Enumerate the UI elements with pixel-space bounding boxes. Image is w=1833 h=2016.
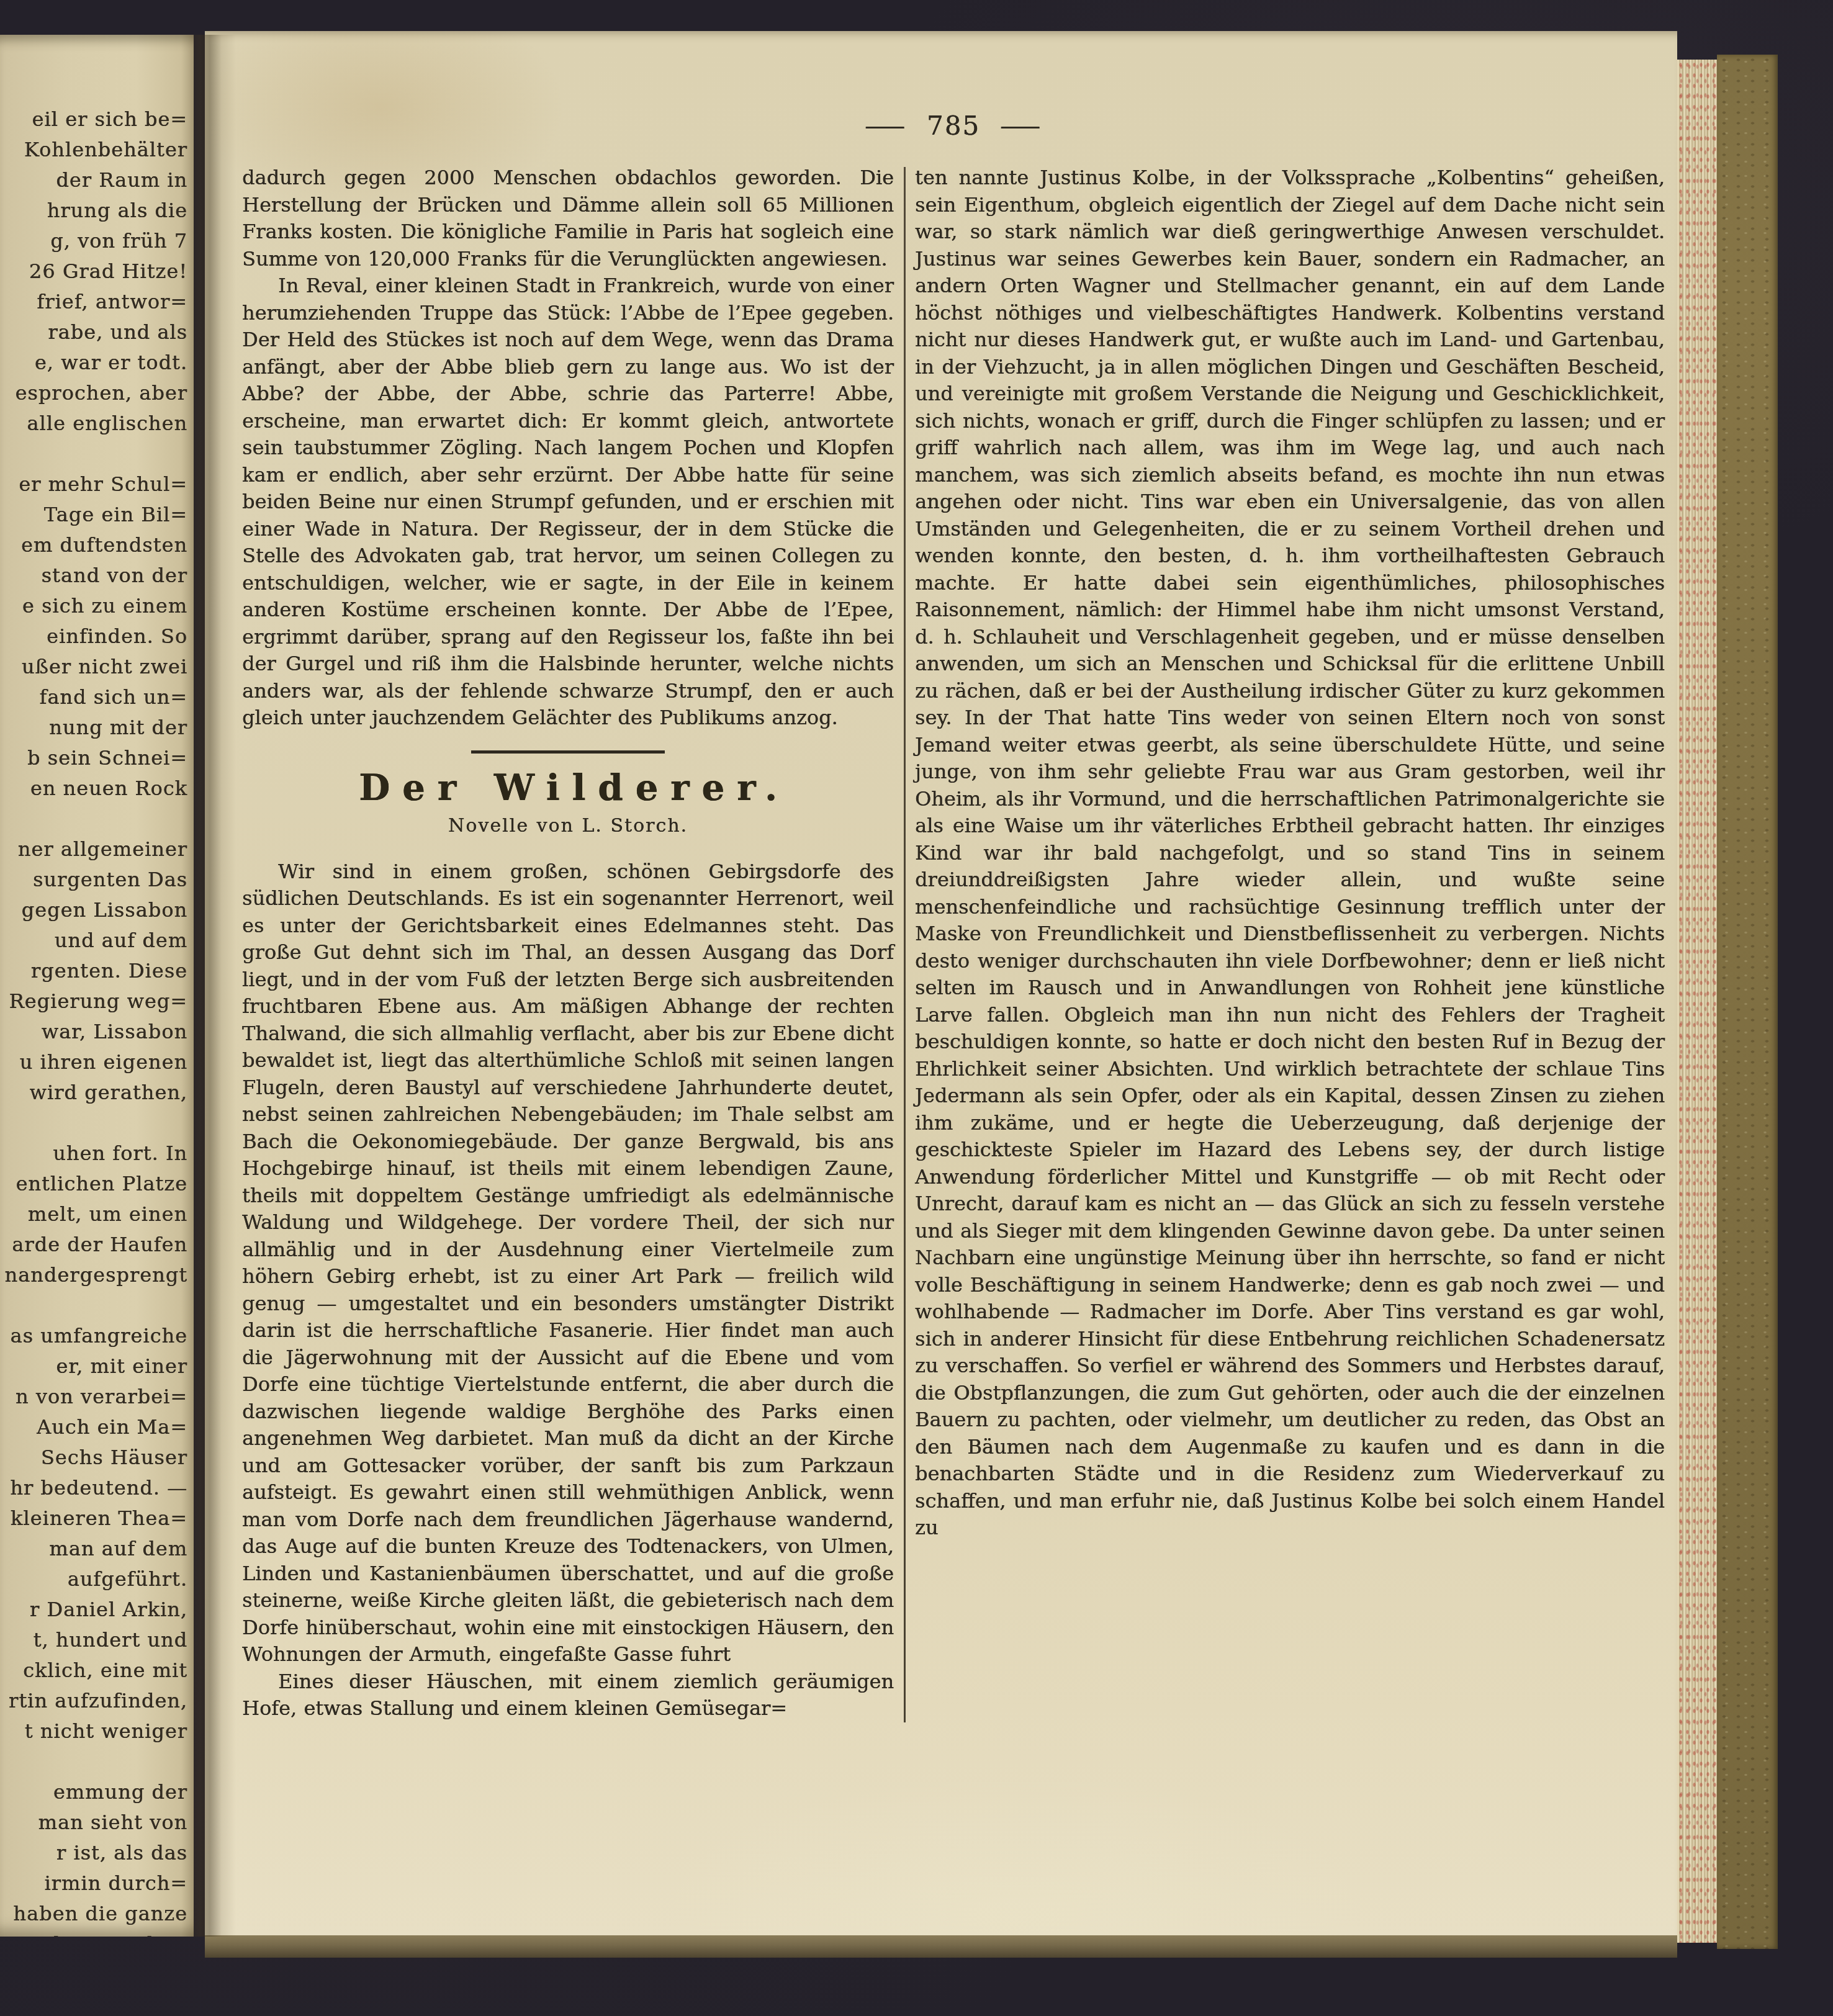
paragraph: ten nannte Justinus Kolbe, in der Volkss… xyxy=(915,164,1665,1542)
facing-page-line: Tage ein Bil= xyxy=(0,500,187,530)
page-number-dash-right: — xyxy=(999,110,1043,141)
novella-title: Der Wilderer. xyxy=(242,775,894,802)
facing-page-line xyxy=(0,1290,187,1321)
paragraph: dadurch gegen 2000 Menschen obdachlos ge… xyxy=(242,164,894,272)
facing-page-line: rgenten. Diese xyxy=(0,956,187,986)
facing-page-line: en neuen Rock xyxy=(0,773,187,804)
facing-page-line: gegen Lissabon xyxy=(0,895,187,925)
left-column-news-items: dadurch gegen 2000 Menschen obdachlos ge… xyxy=(242,164,894,732)
facing-page-line: haben die ganze xyxy=(0,1899,187,1929)
facing-page-line: man sieht von xyxy=(0,1807,187,1838)
page-number-dash-left: — xyxy=(864,110,907,141)
facing-page-line: er mehr Schul= xyxy=(0,469,187,500)
facing-page-line: eil er sich be= xyxy=(0,104,187,135)
facing-page-line: 26 Grad Hitze! xyxy=(0,256,187,287)
novella-byline: Novelle von L. Storch. xyxy=(242,812,894,840)
facing-page-line xyxy=(0,804,187,834)
page-bottom-edge xyxy=(205,1935,1677,1958)
two-column-text: dadurch gegen 2000 Menschen obdachlos ge… xyxy=(242,164,1665,1722)
facing-page-line: melt, um einen xyxy=(0,1199,187,1230)
facing-page-line xyxy=(0,1108,187,1138)
facing-page-line: u ihren eigenen xyxy=(0,1047,187,1078)
facing-page-line: und auf dem xyxy=(0,925,187,956)
facing-page-line: einfinden. So xyxy=(0,621,187,652)
book-cover-board-edge xyxy=(1717,55,1778,1949)
facing-page-line: b sein Schnei= xyxy=(0,743,187,773)
facing-page-line: war, Lissabon xyxy=(0,1017,187,1047)
facing-page-line: Kohlenbehälter xyxy=(0,135,187,165)
facing-page-line xyxy=(0,1747,187,1777)
column-divider-rule xyxy=(904,167,906,1722)
novella-text-left: Wir sind in einem großen, schönen Gebirg… xyxy=(242,858,894,1722)
facing-page-line: ner allgemeiner xyxy=(0,834,187,865)
facing-page-line: r ist, als das xyxy=(0,1838,187,1868)
facing-page-line: nung mit der xyxy=(0,713,187,743)
facing-page-line: as umfangreiche xyxy=(0,1321,187,1351)
page-content: —785— dadurch gegen 2000 Menschen obdach… xyxy=(242,31,1665,1722)
facing-page-line xyxy=(0,439,187,469)
facing-page-line: t nicht weniger xyxy=(0,1716,187,1747)
facing-page-line: surgenten Das xyxy=(0,865,187,895)
facing-page-line: fand sich un= xyxy=(0,682,187,713)
facing-page-line: aufgeführt. xyxy=(0,1564,187,1595)
facing-page-line: e, war er todt. xyxy=(0,348,187,378)
facing-page-line: ußer nicht zwei xyxy=(0,652,187,682)
facing-page-line: frief, antwor= xyxy=(0,287,187,317)
facing-page-line: Sechs Häuser xyxy=(0,1442,187,1473)
facing-page-line: entlichen Platze xyxy=(0,1169,187,1199)
facing-page-line: Auch ein Ma= xyxy=(0,1412,187,1442)
facing-page-line: n von verarbei= xyxy=(0,1382,187,1412)
novella-section-head: Der Wilderer. Novelle von L. Storch. xyxy=(242,750,894,840)
facing-page-line: esprochen, aber xyxy=(0,378,187,408)
facing-page-line: er, mit einer xyxy=(0,1351,187,1382)
page-number-header: —785— xyxy=(242,110,1665,141)
paragraph: Eines dieser Häuschen, mit einem ziemlic… xyxy=(242,1668,894,1722)
facing-page-line: rabe, und als xyxy=(0,317,187,348)
facing-page-line: kleineren Thea= xyxy=(0,1503,187,1534)
facing-page-line: nandergesprengt xyxy=(0,1260,187,1290)
book-page: —785— dadurch gegen 2000 Menschen obdach… xyxy=(205,31,1677,1935)
facing-page-line: wird gerathen, xyxy=(0,1078,187,1108)
page-number: 785 xyxy=(927,110,980,141)
facing-page-line: aben. Auch in xyxy=(0,1929,187,1937)
section-divider-rule xyxy=(471,750,665,754)
facing-page-line: Regierung weg= xyxy=(0,986,187,1017)
facing-page-line: r Daniel Arkin, xyxy=(0,1595,187,1625)
facing-page-line: g, von früh 7 xyxy=(0,226,187,256)
facing-page-line: emmung der xyxy=(0,1777,187,1807)
facing-page-line: arde der Haufen xyxy=(0,1230,187,1260)
scanned-book-photo: { "page": { "number": "785", "dash": "—"… xyxy=(0,0,1833,2016)
facing-page-line: irmin durch= xyxy=(0,1868,187,1899)
paragraph: In Reval, einer kleinen Stadt in Frankre… xyxy=(242,272,894,732)
facing-page-line: e sich zu einem xyxy=(0,591,187,621)
facing-page-line: rtin aufzufinden, xyxy=(0,1686,187,1716)
book-fore-edge-pages xyxy=(1677,60,1717,1943)
facing-page-line: alle englischen xyxy=(0,408,187,439)
facing-page-line: cklich, eine mit xyxy=(0,1655,187,1686)
facing-page-line: uhen fort. In xyxy=(0,1138,187,1169)
facing-page-line: t, hundert und xyxy=(0,1625,187,1655)
facing-page-line: stand von der xyxy=(0,560,187,591)
facing-page-fragments: eil er sich be=Kohlenbehälterder Raum in… xyxy=(0,104,187,1937)
facing-page-line: hr bedeutend. — xyxy=(0,1473,187,1503)
facing-page-line: der Raum in xyxy=(0,165,187,196)
facing-page-line: man auf dem xyxy=(0,1534,187,1564)
facing-page-line: em duftendsten xyxy=(0,530,187,560)
facing-page-line: hrung als die xyxy=(0,196,187,226)
right-text-column: ten nannte Justinus Kolbe, in der Volkss… xyxy=(915,164,1665,1722)
paragraph: Wir sind in einem großen, schönen Gebirg… xyxy=(242,858,894,1668)
left-text-column: dadurch gegen 2000 Menschen obdachlos ge… xyxy=(242,164,894,1722)
facing-page-edge: eil er sich be=Kohlenbehälterder Raum in… xyxy=(0,35,194,1937)
